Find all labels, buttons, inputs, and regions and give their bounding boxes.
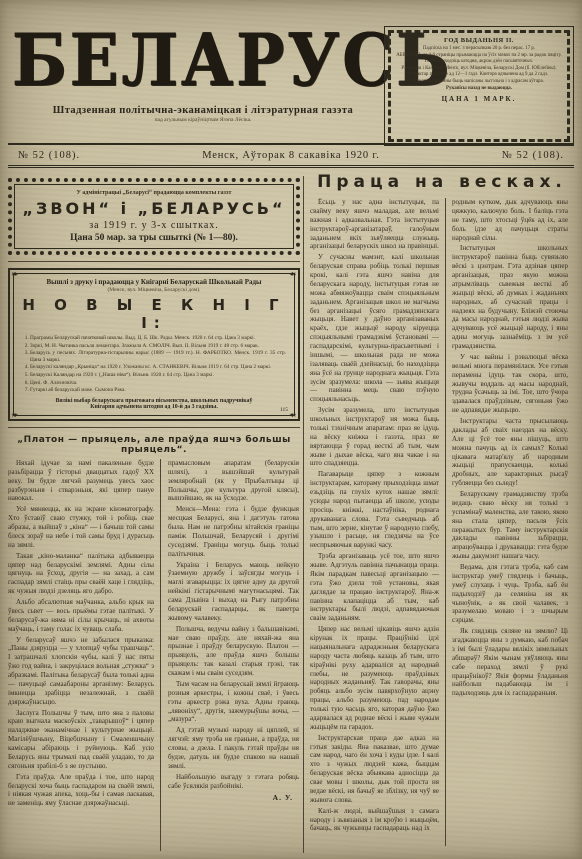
paragraph: Гэта праўда. Але праўда і тое, што народ… — [8, 773, 154, 809]
rule — [8, 427, 300, 428]
paragraph: Інстытуцыя школьных інструктароў павінна… — [452, 244, 568, 351]
author-signature: А. У. — [168, 793, 299, 802]
corner-ornament-icon: ❧ — [11, 270, 19, 279]
newspaper-title: БЕЛАРУСЬ — [12, 28, 394, 96]
paragraph: Трэба арганізаваць усё тое, што яшчэ жыв… — [310, 552, 439, 623]
paragraph: прамысловым апаратам (беларускія шляхі),… — [168, 459, 299, 503]
paragraph: У час вайны і рэвалюцыі вёска вельмі мно… — [452, 353, 568, 415]
book-item: Гутаркі аб беларускай мове. Сымона Рака. — [30, 387, 286, 394]
ad-number: 115 — [280, 407, 288, 413]
ad-title: „ЗВОН“ і „БЕЛАРУСЬ“ — [21, 199, 287, 218]
issue-number-left: № 52 (108). — [18, 150, 80, 161]
subscription-info-inner: ГОД ВЫДАНЬНЯ II. Падпіска на 1 мес. з пе… — [388, 30, 570, 142]
article-platon-col1: Няхай ідучае за намі пакаленьне будзе ра… — [8, 459, 154, 851]
article-platon-col2: прамысловым апаратам (беларускія шляхі),… — [160, 459, 299, 851]
book-item: Беларусь у песьнях. Літэратурна-гістарыч… — [30, 350, 286, 363]
newspaper-tagline: пад агульным кіраўніцтвам Язэпа Лёсіка. — [12, 117, 394, 123]
issue-number-right: № 52 (108). — [502, 150, 564, 161]
newspaper-page: БЕЛАРУСЬ Штадзенная політычна-эканаміцка… — [0, 0, 582, 859]
date-city-line: Менск, Аўторак 8 сакавіка 1920 г. — [202, 150, 379, 161]
dateline: № 52 (108). Менск, Аўторак 8 сакавіка 19… — [8, 143, 574, 168]
paragraph: Усё мяняецца, як на экране кінэматографу… — [8, 505, 154, 549]
paragraph: Цяпер нас вельмі цікавіць яшчэ адзін кір… — [310, 625, 439, 732]
corner-ornament-icon: ❧ — [289, 410, 297, 419]
column-divider — [303, 176, 304, 853]
info-line: Рукапісы назад не выдаюцца. — [396, 86, 562, 93]
paragraph: Ёсьць у нас адна інстытуцыя, па свайму в… — [310, 198, 439, 251]
books-hours: Кнігарня адчынена штодня ад 10-й да 3 га… — [20, 404, 288, 410]
paragraph: Ведама, для гэтага трэба, каб сам інстру… — [452, 563, 568, 625]
year-of-publication: ГОД ВЫДАНЬНЯ II. — [396, 37, 562, 44]
zvon-belarus-ad-box: У адміністрацыі „Беларусі“ прадаюцца ком… — [8, 178, 300, 255]
info-line: АБВЕСТКІ: на 4-6 страніцы прымаюцца на ў… — [396, 53, 562, 60]
books-address: (Менск, вул. Міцкевіча, Беларускі дом). — [20, 287, 288, 293]
corner-ornament-icon: ❧ — [289, 270, 297, 279]
info-line: Падпіска на 1 мес. з перасылкаю 20 р. бе… — [396, 46, 562, 53]
subscription-info-box: ГОД ВЫДАНЬНЯ II. Падпіска на 1 мес. з пе… — [384, 26, 574, 146]
book-item: Зоркі, М. Н. Чытанка пасьля лемантара. З… — [30, 343, 286, 350]
paragraph: Як глядзяць сяляне на зямлю? Ці згаджаюц… — [452, 627, 568, 698]
books-header: Вышлі з друку і прадаюцца у Кнігарні Бел… — [20, 278, 288, 286]
paragraph: родным кутком, дык адчуваюць яны цяжкую,… — [452, 198, 568, 242]
article-platon: „Платон — прыяцель, але праўда яшчэ боль… — [8, 435, 300, 851]
info-line: Рукапісы павінны быць напісаны чытэльна … — [396, 79, 562, 86]
ad-line3: Цана 50 мар. за тры сшыткі (№ 1—80). — [21, 233, 287, 243]
info-line: Рэдактар прыймае ад 12—1 гадз. Кантора а… — [396, 72, 562, 79]
paragraph: Менск—Мена: гэта і будзе функцыя месцкая… — [168, 505, 299, 558]
ad-line2: за 1919 г. у 3-х сшытках. — [21, 220, 287, 231]
paragraph: Пагаварыце цяпер з кожным інструктарам, … — [310, 470, 439, 550]
book-item: Беларускі Каляндар на 1920 г. („Наша нів… — [30, 372, 286, 379]
paragraph: Няхай ідучае за намі пакаленьне будзе ра… — [8, 459, 154, 503]
info-line: Рэдакцыя і Кантора: Менск, вул. Міцкевіч… — [396, 66, 562, 73]
new-books-box: ❧ ❧ ❧ ❧ Вышлі з друку і прадаюцца у Кніг… — [8, 268, 300, 421]
paragraph: У беларусаў яшчэ не забылася прыказка: „… — [8, 636, 154, 707]
paragraph: Тым часам на беларускай зямлі йграюць ро… — [168, 680, 299, 724]
book-item: Праграмы Беларускай пачатковай школы. Вы… — [30, 335, 286, 342]
paragraph: Інструктары часта прысылаюць даклады аб … — [452, 417, 568, 488]
paragraph: Найбольшую выгаду з гэтага робяць сабе ў… — [168, 773, 299, 791]
books-list: Праграмы Беларускай пачатковай школы. Вы… — [20, 335, 288, 394]
book-item: Беларускі каляндар „Крыніца“ на 1920 г. … — [30, 364, 286, 371]
books-title: Н О В Ы Е К Н І Г І: — [20, 296, 288, 332]
ad-intro: У адміністрацыі „Беларусі“ прадаюцца ком… — [21, 190, 287, 196]
books-footer: Вялікі выбар беларускага прыгожага пісьм… — [20, 398, 288, 404]
paragraph: Украіна і Беларусь маюць нейкую ўзаемную… — [168, 561, 299, 623]
paragraph: Беларускаму грамадзянству трэба ведаць с… — [452, 490, 568, 561]
newspaper-subtitle: Штадзенная політычна-эканаміцкая і літэр… — [12, 105, 394, 116]
paragraph: Заслуга Польшчы ў тым, што яна з паловы … — [8, 709, 154, 771]
book-item: Цені. Ф. Аляхновіча. — [30, 380, 286, 387]
paragraph: Інструктарская праца дае адказ на гэтыя … — [310, 734, 439, 805]
article-platon-title: „Платон — прыяцель, але праўда яшчэ боль… — [8, 435, 300, 455]
paragraph: Альбо абсалютная маўчанка, альбо крык на… — [8, 598, 154, 634]
rule — [8, 261, 300, 262]
paragraph: Такая „кіно-маланка“ палітыка адбываецца… — [8, 552, 154, 596]
paragraph: Польшча, ведучы вайну з бальшавікамі, ма… — [168, 625, 299, 678]
article-main-col2: родным кутком, дык адчуваюць яны цяжкую,… — [445, 198, 568, 846]
price-line: ЦАНА 1 МАРК. — [396, 95, 562, 103]
left-column: У адміністрацыі „Беларусі“ прадаюцца ком… — [8, 178, 300, 851]
corner-ornament-icon: ❧ — [11, 410, 19, 419]
article-praca-na-vieskach: Праца на весках. Ёсьць у нас адна інстыт… — [310, 172, 574, 853]
paragraph: Ад гэтай музыкі народу ні цяплей, ні ляг… — [168, 726, 299, 770]
info-line: Газэта выходзіць штодня, акром дзён пась… — [396, 59, 562, 66]
paragraph: Калі-ж людзі, выйшаўшыя з самага народу … — [310, 807, 439, 834]
article-main-col1: Ёсьць у нас адна інстытуцыя, па свайму в… — [310, 198, 439, 846]
new-books-inner: Вышлі з друку і прадаюцца у Кнігарні Бел… — [13, 273, 295, 416]
zvon-belarus-ad-inner: У адміністрацыі „Беларусі“ прадаюцца ком… — [14, 184, 294, 249]
paragraph: Зусім зразумела, што інстытуцыя школьных… — [310, 406, 439, 468]
masthead: БЕЛАРУСЬ Штадзенная політычна-эканаміцка… — [12, 28, 394, 123]
paragraph: У сучасны мамэнт, калі школьная беларуск… — [310, 253, 439, 404]
article-main-title: Праца на весках. — [310, 172, 574, 192]
